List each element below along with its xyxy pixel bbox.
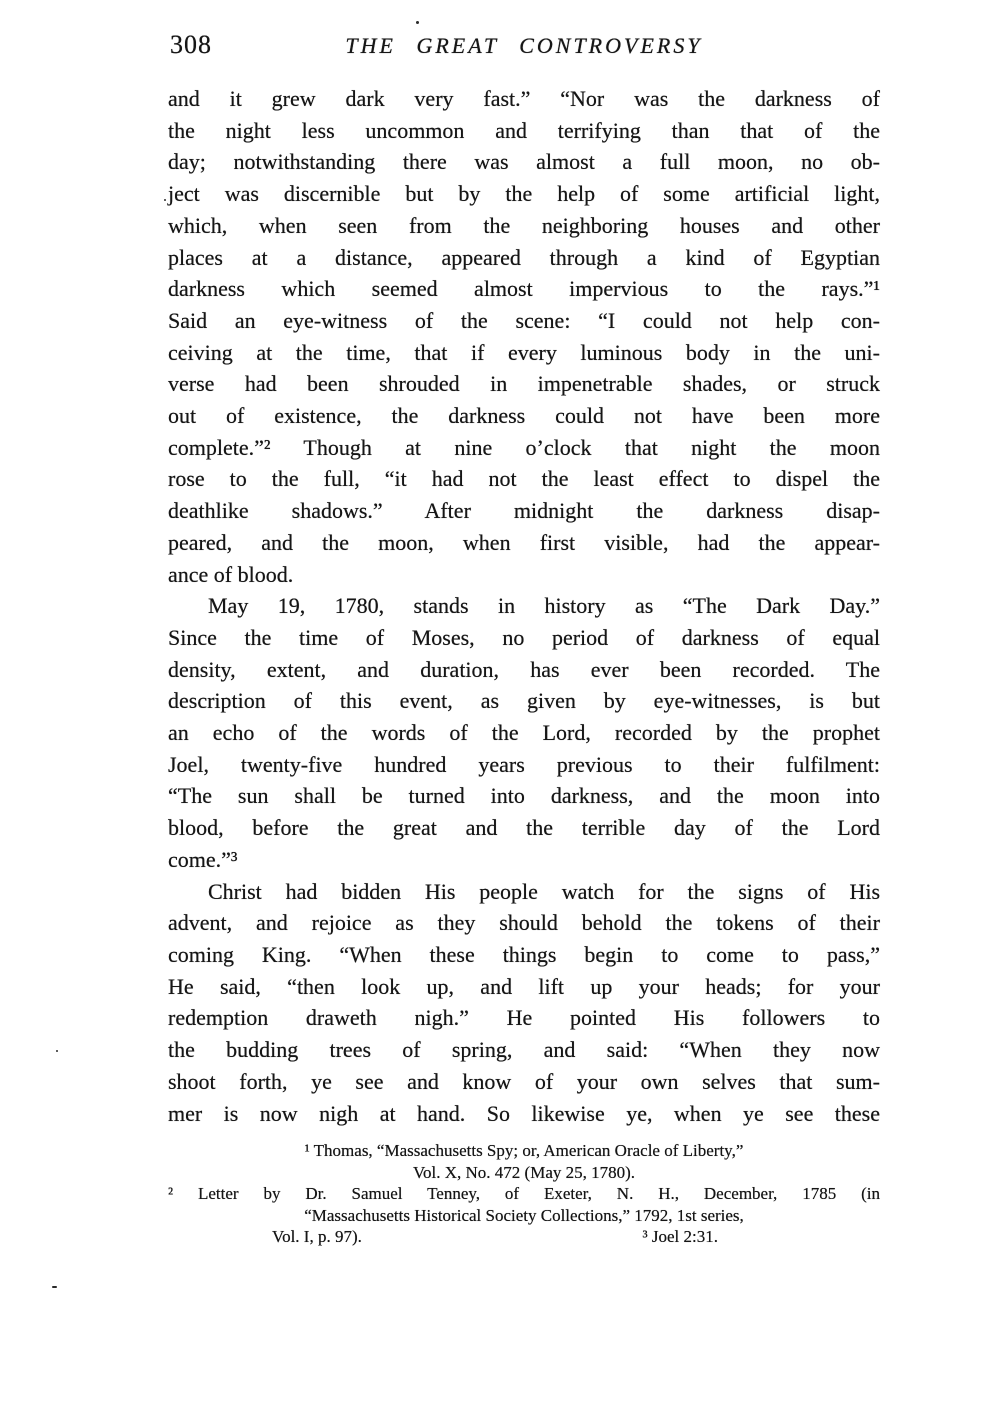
body-line: and it grew dark very fast.” “Nor was th… <box>168 83 880 115</box>
body-line: verse had been shrouded in impenetrable … <box>168 368 880 400</box>
body-line: rose to the full, “it had not the least … <box>168 463 880 495</box>
body-line: day; notwithstanding there was almost a … <box>168 146 880 178</box>
running-title: THE GREAT CONTROVERSY <box>168 35 880 57</box>
scan-speck <box>164 199 166 201</box>
body-line: out of existence, the darkness could not… <box>168 400 880 432</box>
body-line: ject was discernible but by the help of … <box>168 178 880 210</box>
body-line: redemption draweth nigh.” He pointed His… <box>168 1002 880 1034</box>
footnote-line: ¹ Thomas, “Massachusetts Spy; or, Americ… <box>168 1140 880 1162</box>
body-line: Joel, twenty-five hundred years previous… <box>168 749 880 781</box>
body-line: complete.”² Though at nine o’clock that … <box>168 432 880 464</box>
body-line: “The sun shall be turned into darkness, … <box>168 780 880 812</box>
body-line: coming King. “When these things begin to… <box>168 939 880 971</box>
footnote-line: “Massachusetts Historical Society Collec… <box>168 1205 880 1227</box>
body-line: description of this event, as given by e… <box>168 685 880 717</box>
body-line: Christ had bidden His people watch for t… <box>168 876 880 908</box>
body-line: an echo of the words of the Lord, record… <box>168 717 880 749</box>
body-line: come.”³ <box>168 844 880 876</box>
body-line: advent, and rejoice as they should behol… <box>168 907 880 939</box>
body-line: mer is now nigh at hand. So likewise ye,… <box>168 1098 880 1130</box>
footnote-line: ² Letter by Dr. Samuel Tenney, of Exeter… <box>168 1183 880 1205</box>
body-line: He said, “then look up, and lift up your… <box>168 971 880 1003</box>
body-line: density, extent, and duration, has ever … <box>168 654 880 686</box>
body-line: deathlike shadows.” After midnight the d… <box>168 495 880 527</box>
body-line: places at a distance, appeared through a… <box>168 242 880 274</box>
body-line: shoot forth, ye see and know of your own… <box>168 1066 880 1098</box>
body-line: darkness which seemed almost impervious … <box>168 273 880 305</box>
footnote-volume-ref: Vol. I, p. 97). <box>272 1226 362 1248</box>
scan-speck <box>52 1286 57 1288</box>
body-line: ance of blood. <box>168 559 880 591</box>
body-line: Said an eye-witness of the scene: “I cou… <box>168 305 880 337</box>
scan-speck <box>56 1050 58 1052</box>
footnotes: ¹ Thomas, “Massachusetts Spy; or, Americ… <box>168 1140 880 1248</box>
page-header: 308 THE GREAT CONTROVERSY <box>168 32 880 62</box>
body-line: the budding trees of spring, and said: “… <box>168 1034 880 1066</box>
footnote-line: Vol. I, p. 97). ³ Joel 2:31. <box>168 1226 880 1248</box>
scan-speck <box>416 21 419 24</box>
body-line: ceiving at the time, that if every lumin… <box>168 337 880 369</box>
body-line: the night less uncommon and terrifying t… <box>168 115 880 147</box>
body-line: Since the time of Moses, no period of da… <box>168 622 880 654</box>
body-text: and it grew dark very fast.” “Nor was th… <box>168 83 880 1129</box>
body-line: May 19, 1780, stands in history as “The … <box>168 590 880 622</box>
footnote-line: Vol. X, No. 472 (May 25, 1780). <box>168 1162 880 1184</box>
body-line: which, when seen from the neighboring ho… <box>168 210 880 242</box>
body-line: blood, before the great and the terrible… <box>168 812 880 844</box>
body-line: peared, and the moon, when first visible… <box>168 527 880 559</box>
footnote-joel-ref: ³ Joel 2:31. <box>643 1226 718 1248</box>
book-page: 308 THE GREAT CONTROVERSY and it grew da… <box>0 0 1000 1416</box>
